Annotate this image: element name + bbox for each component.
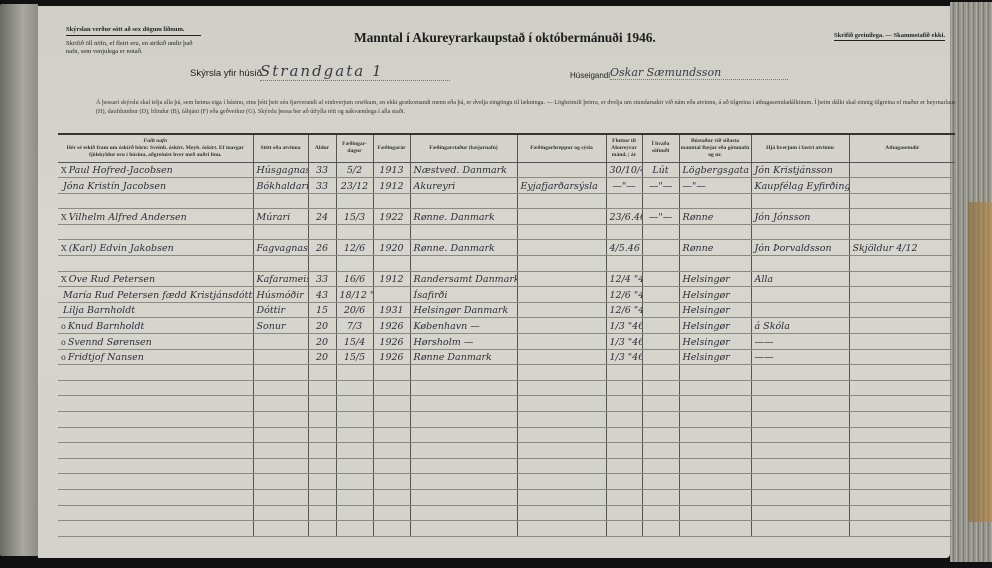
name-cell: X(Karl) Edvin Jakobsen [58,240,253,256]
birth-place-cell [410,224,517,240]
occupation-cell: Dóttir [253,302,308,318]
occupation-cell: Sonur [253,318,308,334]
moved-cell [606,224,642,240]
moved-cell: 12/6 "46 [606,287,642,303]
table-row [58,474,955,490]
col-header-occupation: Stétt eða atvinna [253,134,308,162]
birth-district-cell [517,365,606,381]
col-header-parish: Í hvaða söfnuði [642,134,679,162]
remarks-cell [849,489,955,505]
moved-cell [606,458,642,474]
age-cell: 15 [308,302,336,318]
table-row: María Rud Petersen fædd KristjánsdóttirH… [58,287,955,303]
birth-place-cell: Rønne. Danmark [410,209,517,225]
name-cell [58,427,253,443]
occupation-cell [253,349,308,365]
parish-cell [642,318,679,334]
birth-day-cell: 20/6 [336,302,373,318]
table-row [58,365,955,381]
birth-place-cell [410,256,517,272]
prev-residence-cell [679,365,751,381]
age-cell [308,412,336,428]
birth-place-cell: Helsingør Danmark [410,302,517,318]
age-cell: 26 [308,240,336,256]
birth-year-cell [373,412,410,428]
birth-day-cell [336,489,373,505]
birth-place-cell [410,380,517,396]
birth-year-cell [373,489,410,505]
employer-cell [751,224,849,240]
birth-year-cell: 1926 [373,318,410,334]
prev-residence-cell [679,396,751,412]
row-mark: o [61,338,66,347]
moved-cell: 4/5.46 [606,240,642,256]
remarks-cell [849,412,955,428]
birth-day-cell [336,193,373,209]
occupation-cell [253,396,308,412]
birth-district-cell [517,224,606,240]
moved-cell [606,427,642,443]
row-mark: X [61,275,67,284]
birth-place-cell: Akureyri [410,178,517,194]
birth-place-cell: Rønne. Danmark [410,240,517,256]
prev-residence-cell: Lögbergsgata 1, Ak. [679,162,751,178]
house-label: Skýrsla yfir húsið [190,68,262,79]
person-name: Ove Rud Petersen [69,274,155,285]
birth-day-cell [336,443,373,459]
name-cell [58,256,253,272]
prev-residence-cell: —"— [679,178,751,194]
birth-district-cell [517,521,606,537]
birth-place-cell: København — [410,318,517,334]
moved-cell: 30/10/45 [606,162,642,178]
remarks-cell [849,349,955,365]
birth-year-cell [373,224,410,240]
collection-note: Skýrslan verður sótt að sex dögum liðnum… [66,26,201,36]
prev-residence-cell [679,256,751,272]
col-header-name: Fullt nafnHér sé tekið fram um óskírð bö… [58,134,253,162]
occupation-cell: Múrari [253,209,308,225]
birth-day-cell [336,474,373,490]
birth-district-cell [517,162,606,178]
instructions-text: Á þessari skýrslu skal telja alla þá, se… [96,98,956,116]
employer-cell [751,505,849,521]
remarks-cell [849,178,955,194]
name-cell: oKnud Barnholdt [58,318,253,334]
employer-cell [751,287,849,303]
prev-residence-cell: Rønne [679,240,751,256]
birth-day-cell: 15/5 [336,349,373,365]
top-left-note: Skýrslan verður sótt að sex dögum liðnum… [66,26,201,56]
birth-year-cell: 1926 [373,334,410,350]
birth-day-cell [336,256,373,272]
parish-cell [642,380,679,396]
birth-day-cell [336,365,373,381]
occupation-cell: Húsgagnasmiður [253,162,308,178]
birth-day-cell: 16/6 [336,271,373,287]
remarks-cell [849,474,955,490]
birth-district-cell [517,412,606,428]
occupation-cell [253,521,308,537]
birth-day-cell: 7/3 [336,318,373,334]
birth-district-cell [517,380,606,396]
birth-place-cell [410,489,517,505]
birth-day-cell [336,396,373,412]
moved-cell: 23/6.46 [606,209,642,225]
table-row [58,193,955,209]
parish-cell [642,458,679,474]
col-header-employer: Hjá hverjum í fastri atvinnu [751,134,849,162]
birth-year-cell [373,287,410,303]
birth-day-cell: 15/4 [336,334,373,350]
age-cell [308,365,336,381]
col-header-moved: Fluttur til Akureyrar mánd. | ár [606,134,642,162]
row-mark: X [61,166,67,175]
page-title: Manntal í Akureyrarkaupstað í októbermán… [354,30,656,46]
name-cell [58,458,253,474]
birth-year-cell: 1922 [373,209,410,225]
prev-residence-cell: Helsingør [679,302,751,318]
employer-cell [751,396,849,412]
remarks-cell [849,271,955,287]
name-cell [58,365,253,381]
parish-cell [642,240,679,256]
moved-cell: 1/3 "46 [606,334,642,350]
birth-year-cell [373,365,410,381]
birth-year-cell: 1920 [373,240,410,256]
employer-cell: Jón Kristjánsson [751,162,849,178]
person-name: (Karl) Edvin Jakobsen [69,243,174,254]
prev-residence-cell [679,521,751,537]
birth-district-cell [517,193,606,209]
employer-cell: —— [751,349,849,365]
parish-cell [642,489,679,505]
name-cell [58,380,253,396]
parish-cell [642,287,679,303]
moved-cell [606,505,642,521]
table-row: oKnud BarnholdtSonur207/31926København —… [58,318,955,334]
table-row [58,458,955,474]
col-header-prev-residence: Bústaður við síðasta manntal Bæjar eða g… [679,134,751,162]
birth-day-cell [336,380,373,396]
employer-cell [751,521,849,537]
parish-cell: —"— [642,178,679,194]
left-page-edge [0,4,38,556]
birth-district-cell [517,209,606,225]
name-cell: oSvennd Sørensen [58,334,253,350]
birth-day-cell [336,521,373,537]
birth-district-cell [517,474,606,490]
birth-district-cell [517,240,606,256]
employer-cell: Jón Þorvaldsson [751,240,849,256]
moved-cell: —"— [606,178,642,194]
col-header-birth-district: Fæðingarhreppur og sýsla [517,134,606,162]
prev-residence-cell [679,412,751,428]
moved-cell: 1/3 "46 [606,349,642,365]
page-edge-tab [968,202,992,522]
parish-cell [642,365,679,381]
col-header-remarks: Athugasemdir [849,134,955,162]
moved-cell [606,489,642,505]
remarks-cell [849,256,955,272]
age-cell: 20 [308,349,336,365]
remarks-cell [849,193,955,209]
birth-place-cell: Randersamt Danmark [410,271,517,287]
birth-district-cell [517,505,606,521]
person-name: Lilja Barnholdt [63,305,135,316]
birth-district-cell [517,349,606,365]
birth-year-cell: 1926 [373,349,410,365]
occupation-cell [253,427,308,443]
prev-residence-cell [679,458,751,474]
name-cell [58,412,253,428]
house-field: Strandgata 1 [260,62,450,81]
age-cell: 33 [308,271,336,287]
prev-residence-cell: Helsingør [679,334,751,350]
table-row [58,412,955,428]
age-cell [308,521,336,537]
row-mark: o [61,353,66,362]
occupation-cell [253,334,308,350]
prev-residence-cell [679,380,751,396]
parish-cell [642,427,679,443]
birth-place-cell [410,505,517,521]
occupation-cell [253,458,308,474]
birth-district-cell [517,287,606,303]
name-cell [58,443,253,459]
birth-day-cell: 12/6 [336,240,373,256]
age-cell [308,443,336,459]
employer-cell [751,193,849,209]
age-cell: 33 [308,162,336,178]
prev-residence-cell: Helsingør [679,287,751,303]
birth-district-cell [517,271,606,287]
birth-district-cell [517,334,606,350]
parish-cell [642,334,679,350]
remarks-cell [849,427,955,443]
birth-district-cell: Eyjafjarðarsýsla [517,178,606,194]
occupation-cell: Húsmóðir [253,287,308,303]
occupation-cell [253,443,308,459]
employer-cell [751,489,849,505]
employer-cell [751,443,849,459]
birth-day-cell [336,427,373,443]
table-row: Lilja BarnholdtDóttir1520/61931Helsingør… [58,302,955,318]
age-cell [308,396,336,412]
table-row: XOve Rud PetersenKafarameistari3316/6191… [58,271,955,287]
parish-cell [642,302,679,318]
remarks-cell: Skjöldur 4/12 [849,240,955,256]
name-cell: Lilja Barnholdt [58,302,253,318]
employer-cell [751,474,849,490]
person-name: Vilhelm Alfred Andersen [69,212,187,223]
col-header-birth-day: Fæðingar-dagur [336,134,373,162]
moved-cell [606,365,642,381]
employer-cell [751,380,849,396]
parish-cell [642,474,679,490]
birth-place-cell [410,458,517,474]
parish-cell [642,193,679,209]
owner-field: Oskar Sæmundsson [610,66,788,80]
birth-place-cell [410,521,517,537]
name-cell [58,396,253,412]
remarks-cell [849,318,955,334]
header-row: Fullt nafnHér sé tekið fram um óskírð bö… [58,134,955,162]
age-cell [308,474,336,490]
parish-cell [642,349,679,365]
birth-district-cell [517,302,606,318]
birth-place-cell [410,365,517,381]
birth-year-cell [373,193,410,209]
names-instruction: Skrifið öll nöfn, ef fleiri eru, en stri… [66,40,201,56]
remarks-cell [849,365,955,381]
age-cell: 20 [308,334,336,350]
moved-cell [606,521,642,537]
age-cell [308,380,336,396]
birth-year-cell [373,380,410,396]
employer-cell: Alla [751,271,849,287]
moved-cell [606,412,642,428]
parish-cell [642,256,679,272]
prev-residence-cell: Helsingør [679,318,751,334]
row-mark: X [61,244,67,253]
age-cell [308,505,336,521]
employer-cell [751,365,849,381]
remarks-cell [849,505,955,521]
remarks-cell [849,162,955,178]
name-cell [58,474,253,490]
birth-day-cell [336,224,373,240]
table-row [58,380,955,396]
person-name: Svennd Sørensen [68,337,152,348]
occupation-cell [253,256,308,272]
occupation-cell [253,365,308,381]
birth-place-cell [410,412,517,428]
table-row [58,396,955,412]
birth-place-cell [410,427,517,443]
birth-day-cell: 5/2 [336,162,373,178]
birth-day-cell [336,412,373,428]
moved-cell: 1/3 "46 [606,318,642,334]
prev-residence-cell [679,489,751,505]
occupation-cell [253,474,308,490]
moved-cell: 12/4 "46 [606,271,642,287]
person-name: Jóna Kristín Jacobsen [63,181,166,192]
ledger-book: Skýrslan verður sótt að sex dögum liðnum… [0,0,992,568]
birth-district-cell [517,427,606,443]
occupation-cell [253,380,308,396]
name-cell [58,505,253,521]
remarks-cell [849,396,955,412]
row-mark: X [61,213,67,222]
age-cell: 43 [308,287,336,303]
person-name: Paul Hofred-Jacobsen [69,165,173,176]
birth-district-cell [517,458,606,474]
remarks-cell [849,458,955,474]
census-rows: XPaul Hofred-JacobsenHúsgagnasmiður335/2… [58,162,955,536]
table-row: XVilhelm Alfred AndersenMúrari2415/31922… [58,209,955,225]
age-cell [308,224,336,240]
birth-district-cell [517,443,606,459]
moved-cell [606,396,642,412]
prev-residence-cell [679,474,751,490]
birth-year-cell: 1931 [373,302,410,318]
col-header-birth-year: Fæðingarár [373,134,410,162]
table-row: oFridtjof Nansen2015/51926Rønne Danmark1… [58,349,955,365]
age-cell: 24 [308,209,336,225]
table-row [58,224,955,240]
prev-residence-cell [679,443,751,459]
name-cell: XOve Rud Petersen [58,271,253,287]
moved-cell [606,474,642,490]
birth-district-cell [517,396,606,412]
birth-year-cell [373,521,410,537]
age-cell [308,256,336,272]
col-header-birth-place: Fæðingarstaður (bæjarnafn) [410,134,517,162]
birth-district-cell [517,256,606,272]
occupation-cell: Bókhaldari [253,178,308,194]
person-name: Knud Barnholdt [68,321,145,332]
birth-district-cell [517,318,606,334]
row-mark: o [61,322,66,331]
birth-place-cell: Næstved. Danmark [410,162,517,178]
birth-district-cell [517,489,606,505]
remarks-cell [849,334,955,350]
birth-year-cell [373,256,410,272]
birth-day-cell [336,458,373,474]
col-header-age: Aldur [308,134,336,162]
age-cell [308,193,336,209]
moved-cell [606,443,642,459]
table-row [58,443,955,459]
prev-residence-cell [679,224,751,240]
birth-day-cell: 23/12 [336,178,373,194]
name-cell: XVilhelm Alfred Andersen [58,209,253,225]
birth-year-cell [373,458,410,474]
table-row: oSvennd Sørensen2015/41926Hørsholm —1/3 … [58,334,955,350]
employer-cell [751,427,849,443]
occupation-cell: Kafarameistari [253,271,308,287]
birth-place-cell: Hørsholm — [410,334,517,350]
name-cell: oFridtjof Nansen [58,349,253,365]
occupation-cell [253,224,308,240]
prev-residence-cell: Helsingør [679,349,751,365]
top-right-note: Skrifið greinilega. — Skammstafið ekki. [834,32,945,41]
employer-cell: Kaupfélag Eyfirðinga [751,178,849,194]
moved-cell [606,193,642,209]
birth-year-cell [373,443,410,459]
birth-day-cell: 18/12 "02 [336,287,373,303]
remarks-cell [849,287,955,303]
parish-cell: Lút [642,162,679,178]
employer-cell: á Skóla [751,318,849,334]
prev-residence-cell: Helsingør [679,271,751,287]
moved-cell [606,380,642,396]
parish-cell [642,412,679,428]
employer-cell: Jón Jónsson [751,209,849,225]
birth-year-cell: 1912 [373,178,410,194]
parish-cell [642,396,679,412]
occupation-cell: Fagvagnasmiður [253,240,308,256]
parish-cell [642,521,679,537]
table-row: XPaul Hofred-JacobsenHúsgagnasmiður335/2… [58,162,955,178]
prev-residence-cell [679,193,751,209]
prev-residence-cell [679,505,751,521]
table-row: X(Karl) Edvin JakobsenFagvagnasmiður2612… [58,240,955,256]
age-cell: 33 [308,178,336,194]
birth-place-cell [410,193,517,209]
table-row [58,521,955,537]
